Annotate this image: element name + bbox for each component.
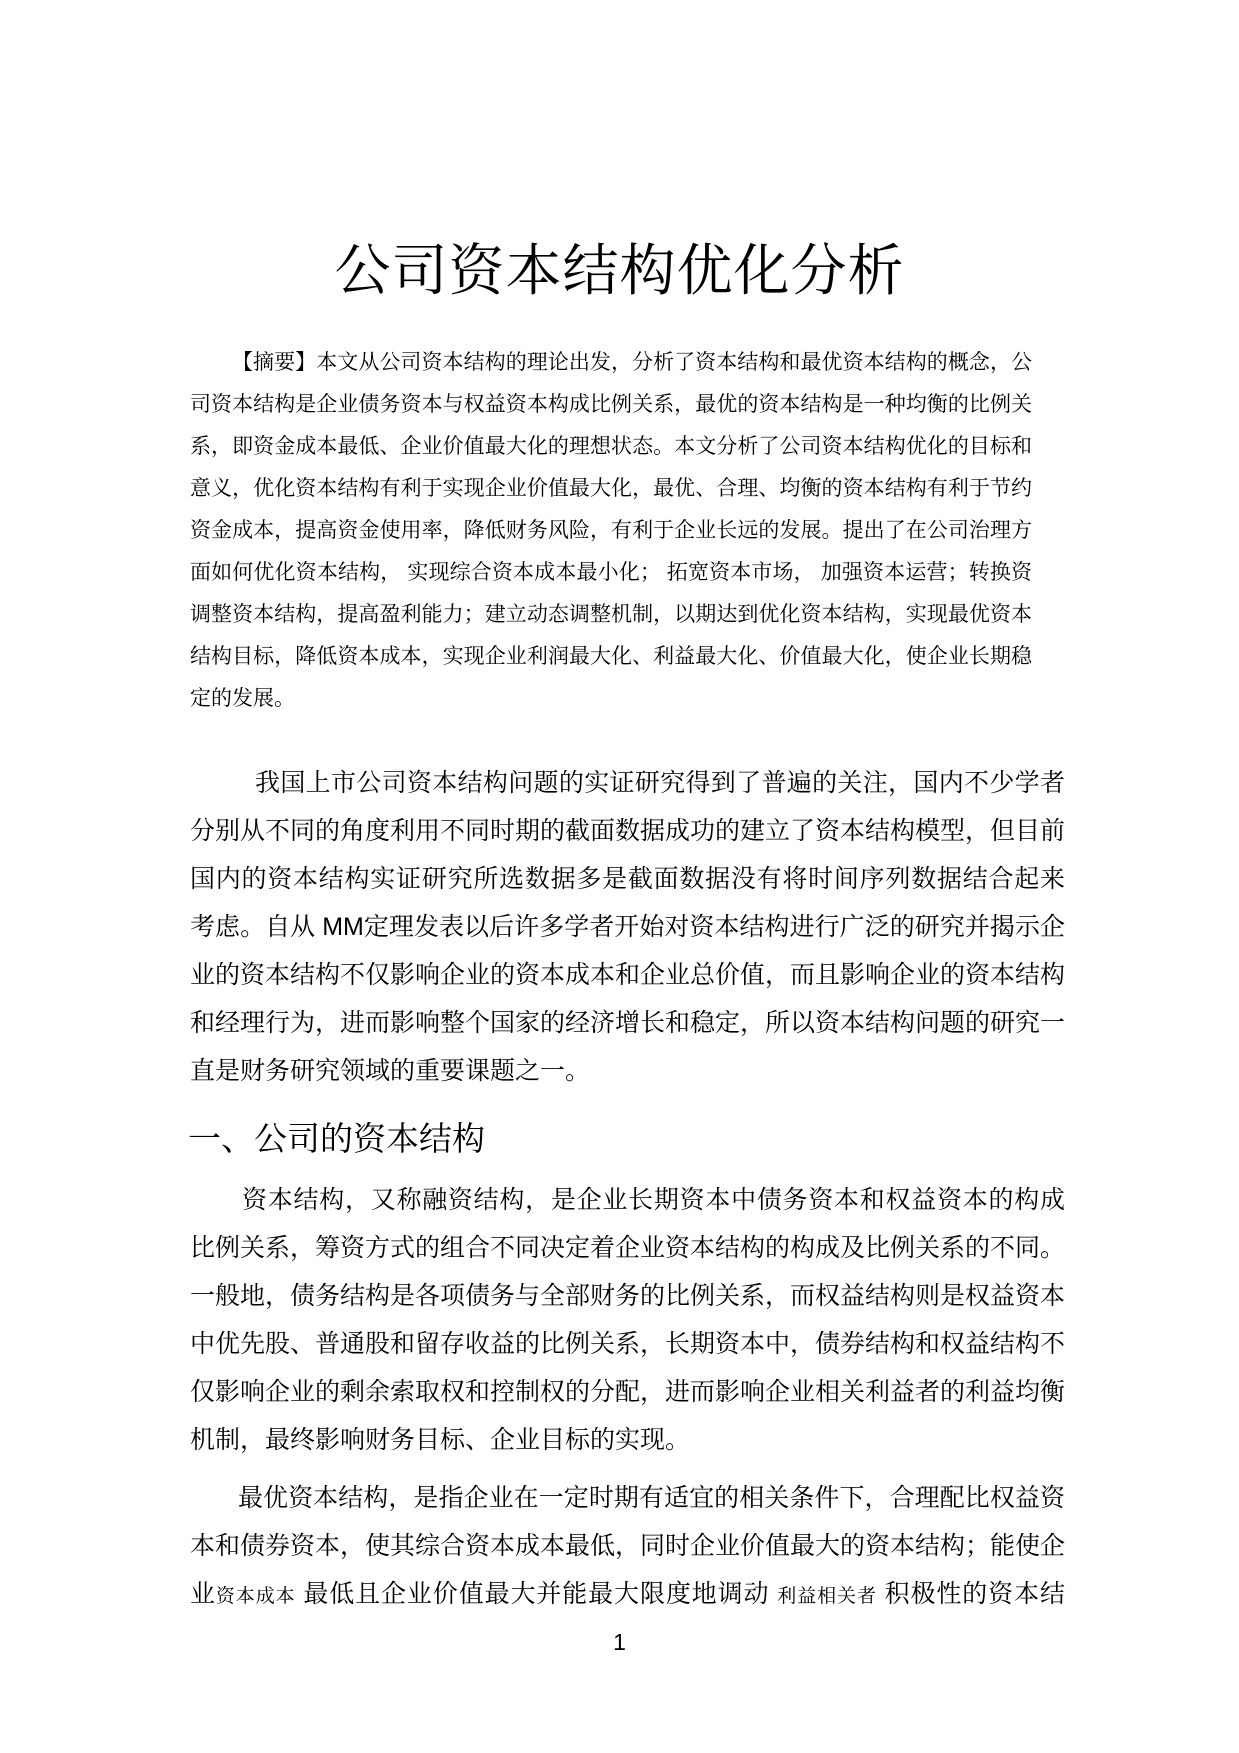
text-line: 机制，最终影响财务目标、企业目标的实现。 — [190, 1416, 1065, 1464]
text-line: 和经理行为，进而影响整个国家的经济增长和稳定，所以资本结构问题的研究一 — [190, 999, 1065, 1047]
text-line: 我国上市公司资本结构问题的实证研究得到了普遍的关注，国内不少学者 — [190, 759, 1065, 807]
text-line: 【摘要】本文从公司资本结构的理论出发，分析了资本结构和最优资本结构的概念，公 — [190, 342, 1032, 384]
text-line: 仅影响企业的剩余索取权和控制权的分配，进而影响企业相关利益者的利益均衡 — [190, 1368, 1065, 1416]
intro-paragraph: 我国上市公司资本结构问题的实证研究得到了普遍的关注，国内不少学者分别从不同的角度… — [190, 759, 1065, 1095]
text-line: 比例关系，筹资方式的组合不同决定着企业资本结构的构成及比例关系的不同。 — [190, 1224, 1065, 1272]
section1-paragraph-2: 最优资本结构，是指企业在一定时期有适宜的相关条件下，合理配比权益资本和债券资本，… — [190, 1474, 1065, 1618]
text-line: 业的资本结构不仅影响企业的资本成本和企业总价值，而且影响企业的资本结构 — [190, 951, 1065, 999]
text-line: 面如何优化资本结构， 实现综合资本成本最小化； 拓宽资本市场， 加强资本运营；转… — [190, 552, 1032, 594]
document-page: 公司资本结构优化分析 【摘要】本文从公司资本结构的理论出发，分析了资本结构和最优… — [0, 0, 1239, 1753]
small-text-segment: 资本成本 — [216, 1586, 296, 1607]
text-segment: 业 — [190, 1580, 216, 1608]
text-segment: 积极性的资本结 — [877, 1580, 1065, 1608]
text-line: 系，即资金成本最低、企业价值最大化的理想状态。本文分析了公司资本结构优化的目标和 — [190, 426, 1032, 468]
text-line: 调整资本结构，提高盈利能力；建立动态调整机制，以期达到优化资本结构，实现最优资本 — [190, 594, 1032, 636]
text-segment: 最低且企业价值最大并能最大限度地调动 — [295, 1580, 777, 1608]
text-line: 结构目标，降低资本成本，实现企业利润最大化、利益最大化、价值最大化，使企业长期稳 — [190, 636, 1032, 678]
abstract-paragraph: 【摘要】本文从公司资本结构的理论出发，分析了资本结构和最优资本结构的概念，公司资… — [190, 342, 1032, 720]
small-text-segment: 利益相关者 — [777, 1586, 876, 1607]
section1-paragraph-1: 资本结构，又称融资结构，是企业长期资本中债务资本和权益资本的构成及比例关系，筹资… — [190, 1176, 1065, 1464]
text-line: 中优先股、普通股和留存收益的比例关系，长期资本中，债券结构和权益结构不 — [190, 1320, 1065, 1368]
text-line: 分别从不同的角度利用不同时期的截面数据成功的建立了资本结构模型，但目前 — [190, 807, 1065, 855]
page-number: 1 — [0, 1629, 1239, 1655]
text-line: 直是财务研究领域的重要课题之一。 — [190, 1047, 1065, 1095]
text-line: 定的发展。 — [190, 678, 1032, 720]
text-line: 一般地，债务结构是各项债务与全部财务的比例关系，而权益结构则是权益资本 — [190, 1272, 1065, 1320]
section-heading-1: 一、公司的资本结构 — [188, 1116, 485, 1162]
text-line: 本和债券资本，使其综合资本成本最低，同时企业价值最大的资本结构；能使企 — [190, 1522, 1065, 1570]
text-line: 业资本成本 最低且企业价值最大并能最大限度地调动 利益相关者 积极性的资本结 — [190, 1570, 1065, 1618]
text-line: 国内的资本结构实证研究所选数据多是截面数据没有将时间序列数据结合起来 — [190, 855, 1065, 903]
text-line: 最优资本结构，是指企业在一定时期有适宜的相关条件下，合理配比权益资 — [190, 1474, 1065, 1522]
text-line: 意义，优化资本结构有利于实现企业价值最大化，最优、合理、均衡的资本结构有利于节约 — [190, 468, 1032, 510]
text-line: 司资本结构是企业债务资本与权益资本构成比例关系，最优的资本结构是一种均衡的比例关 — [190, 384, 1032, 426]
text-line: 考虑。自从 MM定理发表以后许多学者开始对资本结构进行广泛的研究并揭示企 — [190, 903, 1065, 951]
document-title: 公司资本结构优化分析 — [0, 240, 1239, 302]
text-line: 资金成本，提高资金使用率，降低财务风险，有利于企业长远的发展。提出了在公司治理方 — [190, 510, 1032, 552]
text-line: 资本结构，又称融资结构，是企业长期资本中债务资本和权益资本的构成及 — [190, 1176, 1065, 1224]
